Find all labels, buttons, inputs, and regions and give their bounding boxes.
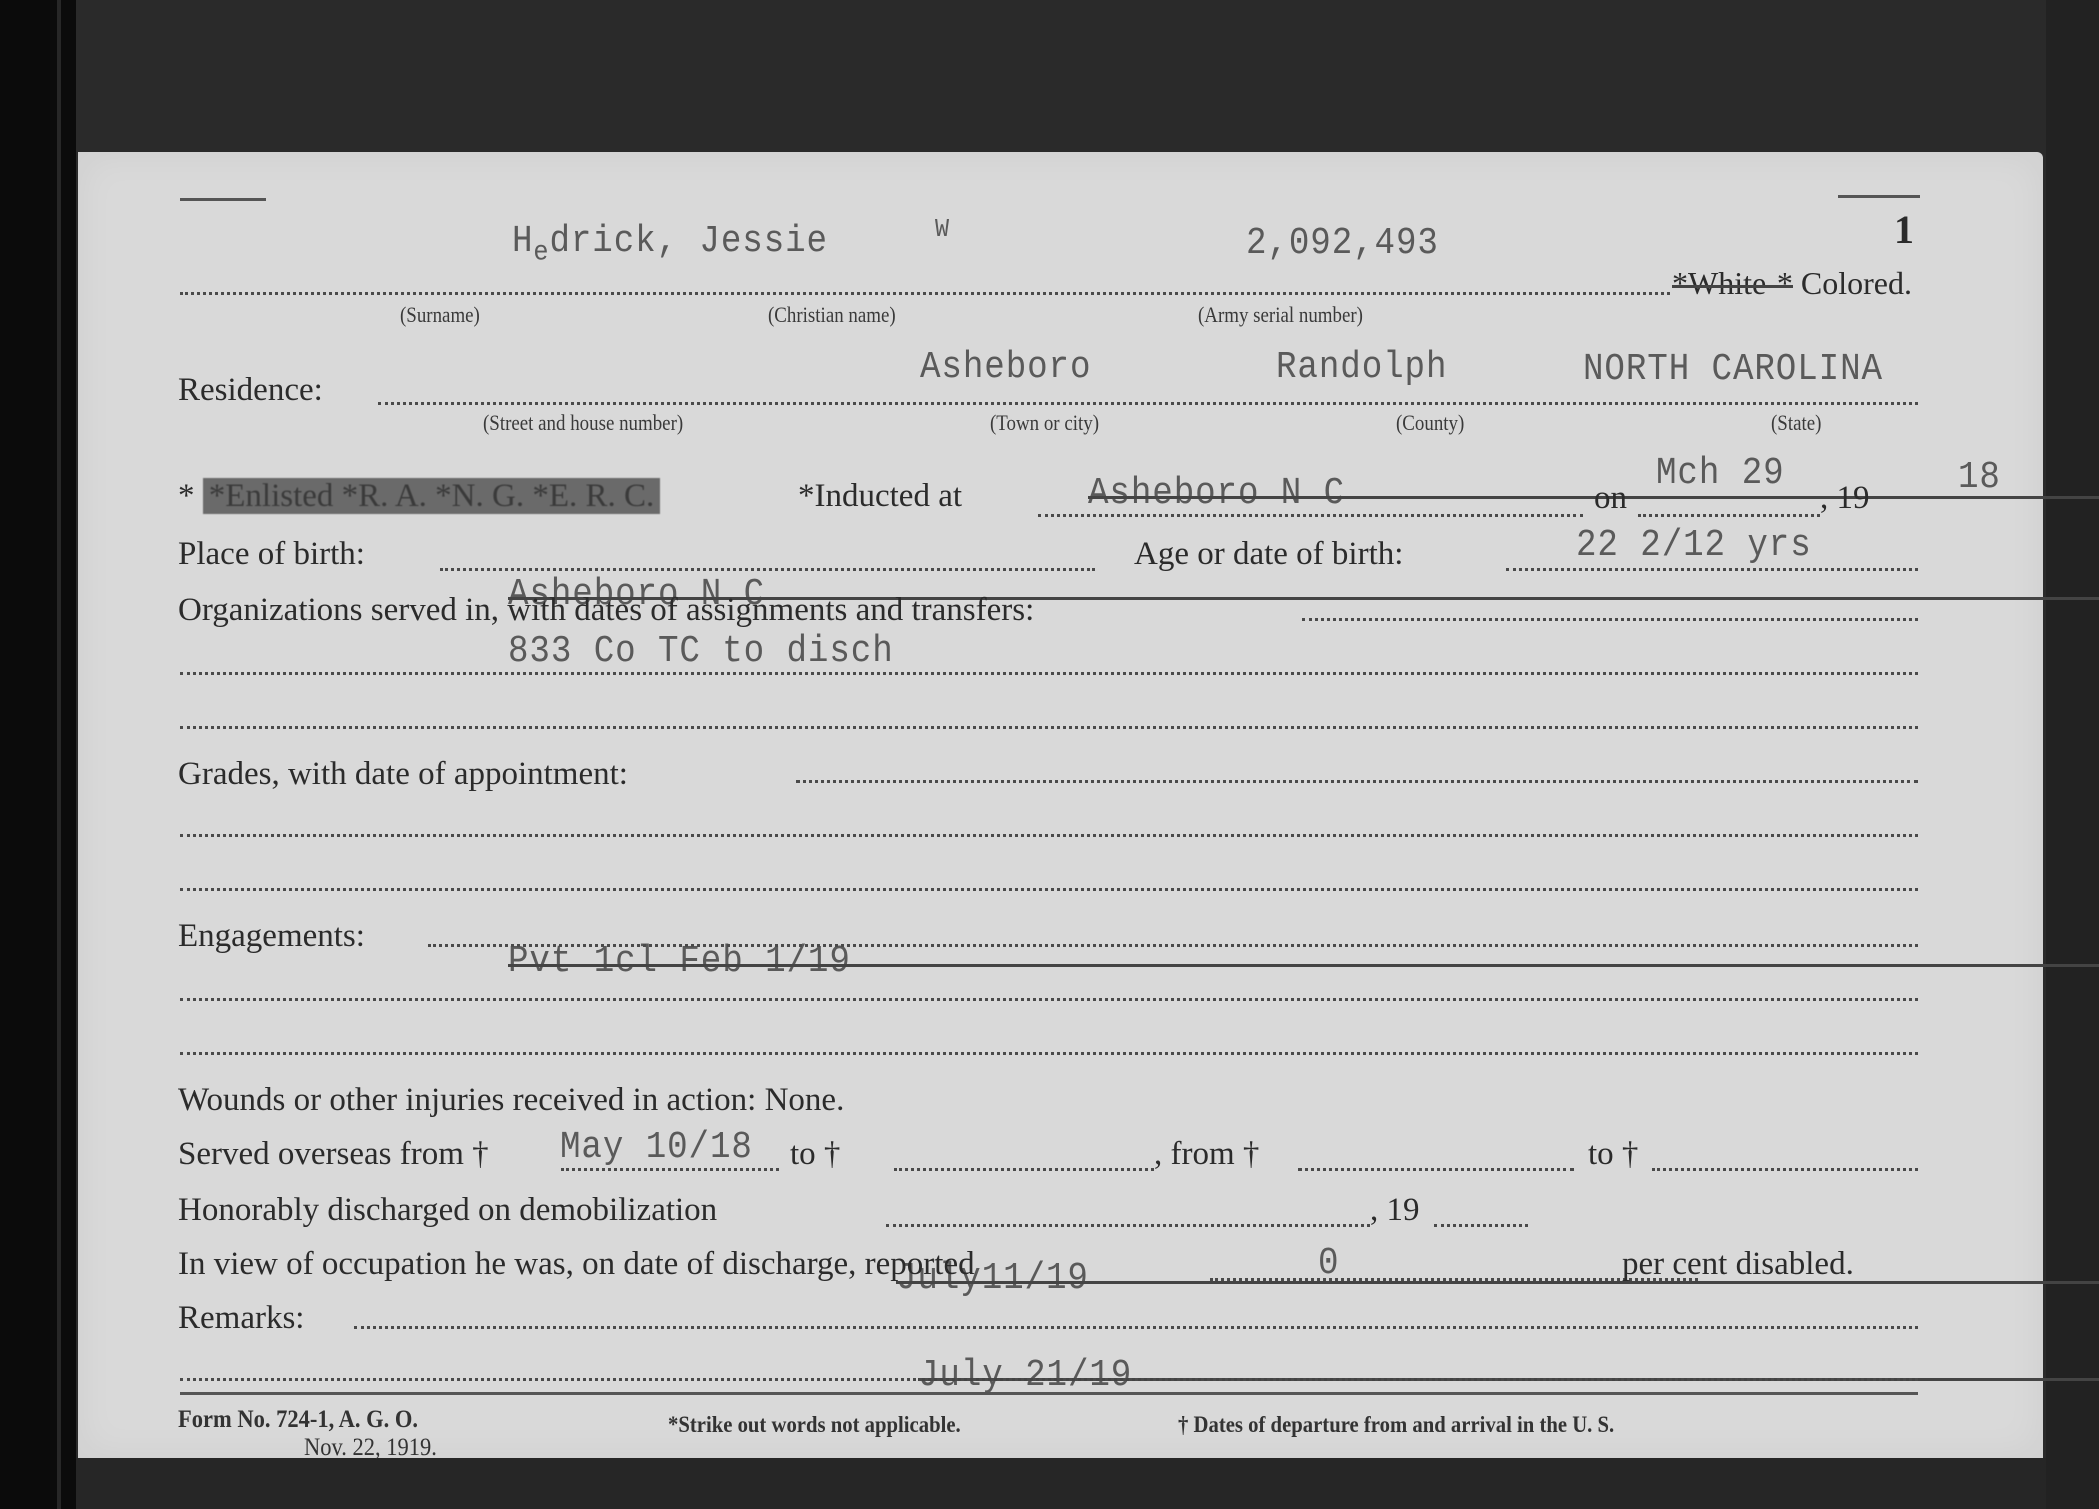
race-field: *White-* Colored.: [1672, 265, 1912, 302]
organizations-line-1: [1302, 618, 1918, 621]
engagements-label: Engagements:: [178, 918, 365, 955]
discharge-label: Honorably discharged on demobilization: [178, 1192, 717, 1229]
corner-mark-right: [1838, 195, 1920, 198]
residence-line: [378, 402, 1918, 405]
remarks-line-1: [354, 1326, 1918, 1329]
organizations-line-3: [180, 726, 1918, 729]
on-label: on: [1594, 480, 1627, 517]
age-value: 22 2/12 yrs: [1576, 524, 1812, 567]
birthplace-label: Place of birth:: [178, 536, 365, 573]
disability-percent-value: 0: [1318, 1242, 1339, 1285]
street-sublabel: (Street and house number): [483, 410, 683, 436]
discharge-year-prefix: , 19: [1370, 1192, 1420, 1229]
county-value: Randolph: [1276, 346, 1447, 389]
serial-label: (Army serial number): [1198, 302, 1363, 328]
year-prefix: , 19: [1820, 480, 1870, 517]
service-record-card: 1 Hedrick, Jessie W 2,092,493 *White-* C…: [78, 152, 2043, 1458]
remarks-line-2: [180, 1378, 1918, 1381]
discharge-year-line: [1434, 1224, 1528, 1227]
overseas-label: Served overseas from †: [178, 1136, 489, 1173]
overseas-to-label: to †: [790, 1136, 840, 1173]
wounds-field: Wounds or other injuries received in act…: [178, 1082, 844, 1119]
grades-label: Grades, with date of appointment:: [178, 756, 628, 793]
state-value: NORTH CAROLINA: [1583, 348, 1883, 391]
overseas-to-line: [894, 1168, 1154, 1171]
engagements-line-3: [180, 1052, 1918, 1055]
age-line: [1506, 568, 1918, 571]
overseas-to2-label: to †: [1588, 1136, 1638, 1173]
discharge-line: [886, 1224, 1370, 1227]
name-line: [180, 292, 1670, 295]
age-label: Age or date of birth:: [1134, 536, 1403, 573]
inducted-date-value: Mch 29: [1656, 452, 1785, 495]
overseas-from-value: May 10/18: [560, 1126, 753, 1169]
disability-suffix: per cent disabled.: [1622, 1246, 1854, 1283]
surname-value: Hedrick, Jessie: [512, 220, 828, 269]
county-sublabel: (County): [1396, 410, 1464, 436]
form-date: Nov. 22, 1919.: [304, 1434, 437, 1462]
overseas-from2-label: , from †: [1154, 1136, 1259, 1173]
discharge-date-value: July 21/19: [918, 1354, 2099, 1397]
organizations-label: Organizations served in, with dates of a…: [178, 592, 1034, 629]
asterisk-note: *Strike out words not applicable.: [668, 1412, 961, 1438]
serial-number-value: 2,092,493: [1246, 222, 1439, 265]
overseas-to2-line: [1652, 1168, 1918, 1171]
card-number: 1: [1894, 206, 1914, 253]
inducted-year-value: 18: [1958, 456, 2001, 499]
engagements-line-2: [180, 998, 1918, 1001]
scanner-bottom-edge: [76, 1458, 2046, 1509]
birthplace-line: [440, 568, 1095, 571]
footer-rule: [180, 1392, 1918, 1395]
town-value: Asheboro: [920, 346, 1091, 389]
remarks-label: Remarks:: [178, 1300, 304, 1337]
organization-value: 833 Co TC to disch: [508, 630, 894, 673]
scanner-left-edge: [0, 0, 76, 1509]
enlistment-type-field: * *Enlisted *R. A. *N. G. *E. R. C.: [178, 478, 660, 515]
organizations-line-2: [180, 672, 1918, 675]
surname-label: (Surname): [400, 302, 480, 328]
state-sublabel: (State): [1771, 410, 1821, 436]
dagger-note: † Dates of departure from and arrival in…: [1178, 1412, 1614, 1438]
middle-initial-value: W: [935, 214, 950, 244]
form-number: Form No. 724-1, A. G. O.: [178, 1406, 418, 1434]
engagements-line-1: [428, 944, 1918, 947]
inducted-label: *Inducted at: [798, 478, 962, 515]
overseas-from2-line: [1298, 1168, 1574, 1171]
inducted-date-line: [1638, 514, 1820, 517]
christian-name-label: (Christian name): [768, 302, 896, 328]
grades-line-1: [796, 780, 1918, 783]
corner-mark-left: [180, 198, 266, 201]
grades-line-2: [180, 834, 1918, 837]
disability-label: In view of occupation he was, on date of…: [178, 1246, 975, 1283]
town-sublabel: (Town or city): [990, 410, 1099, 436]
grades-line-3: [180, 888, 1918, 891]
residence-label: Residence:: [178, 372, 323, 409]
